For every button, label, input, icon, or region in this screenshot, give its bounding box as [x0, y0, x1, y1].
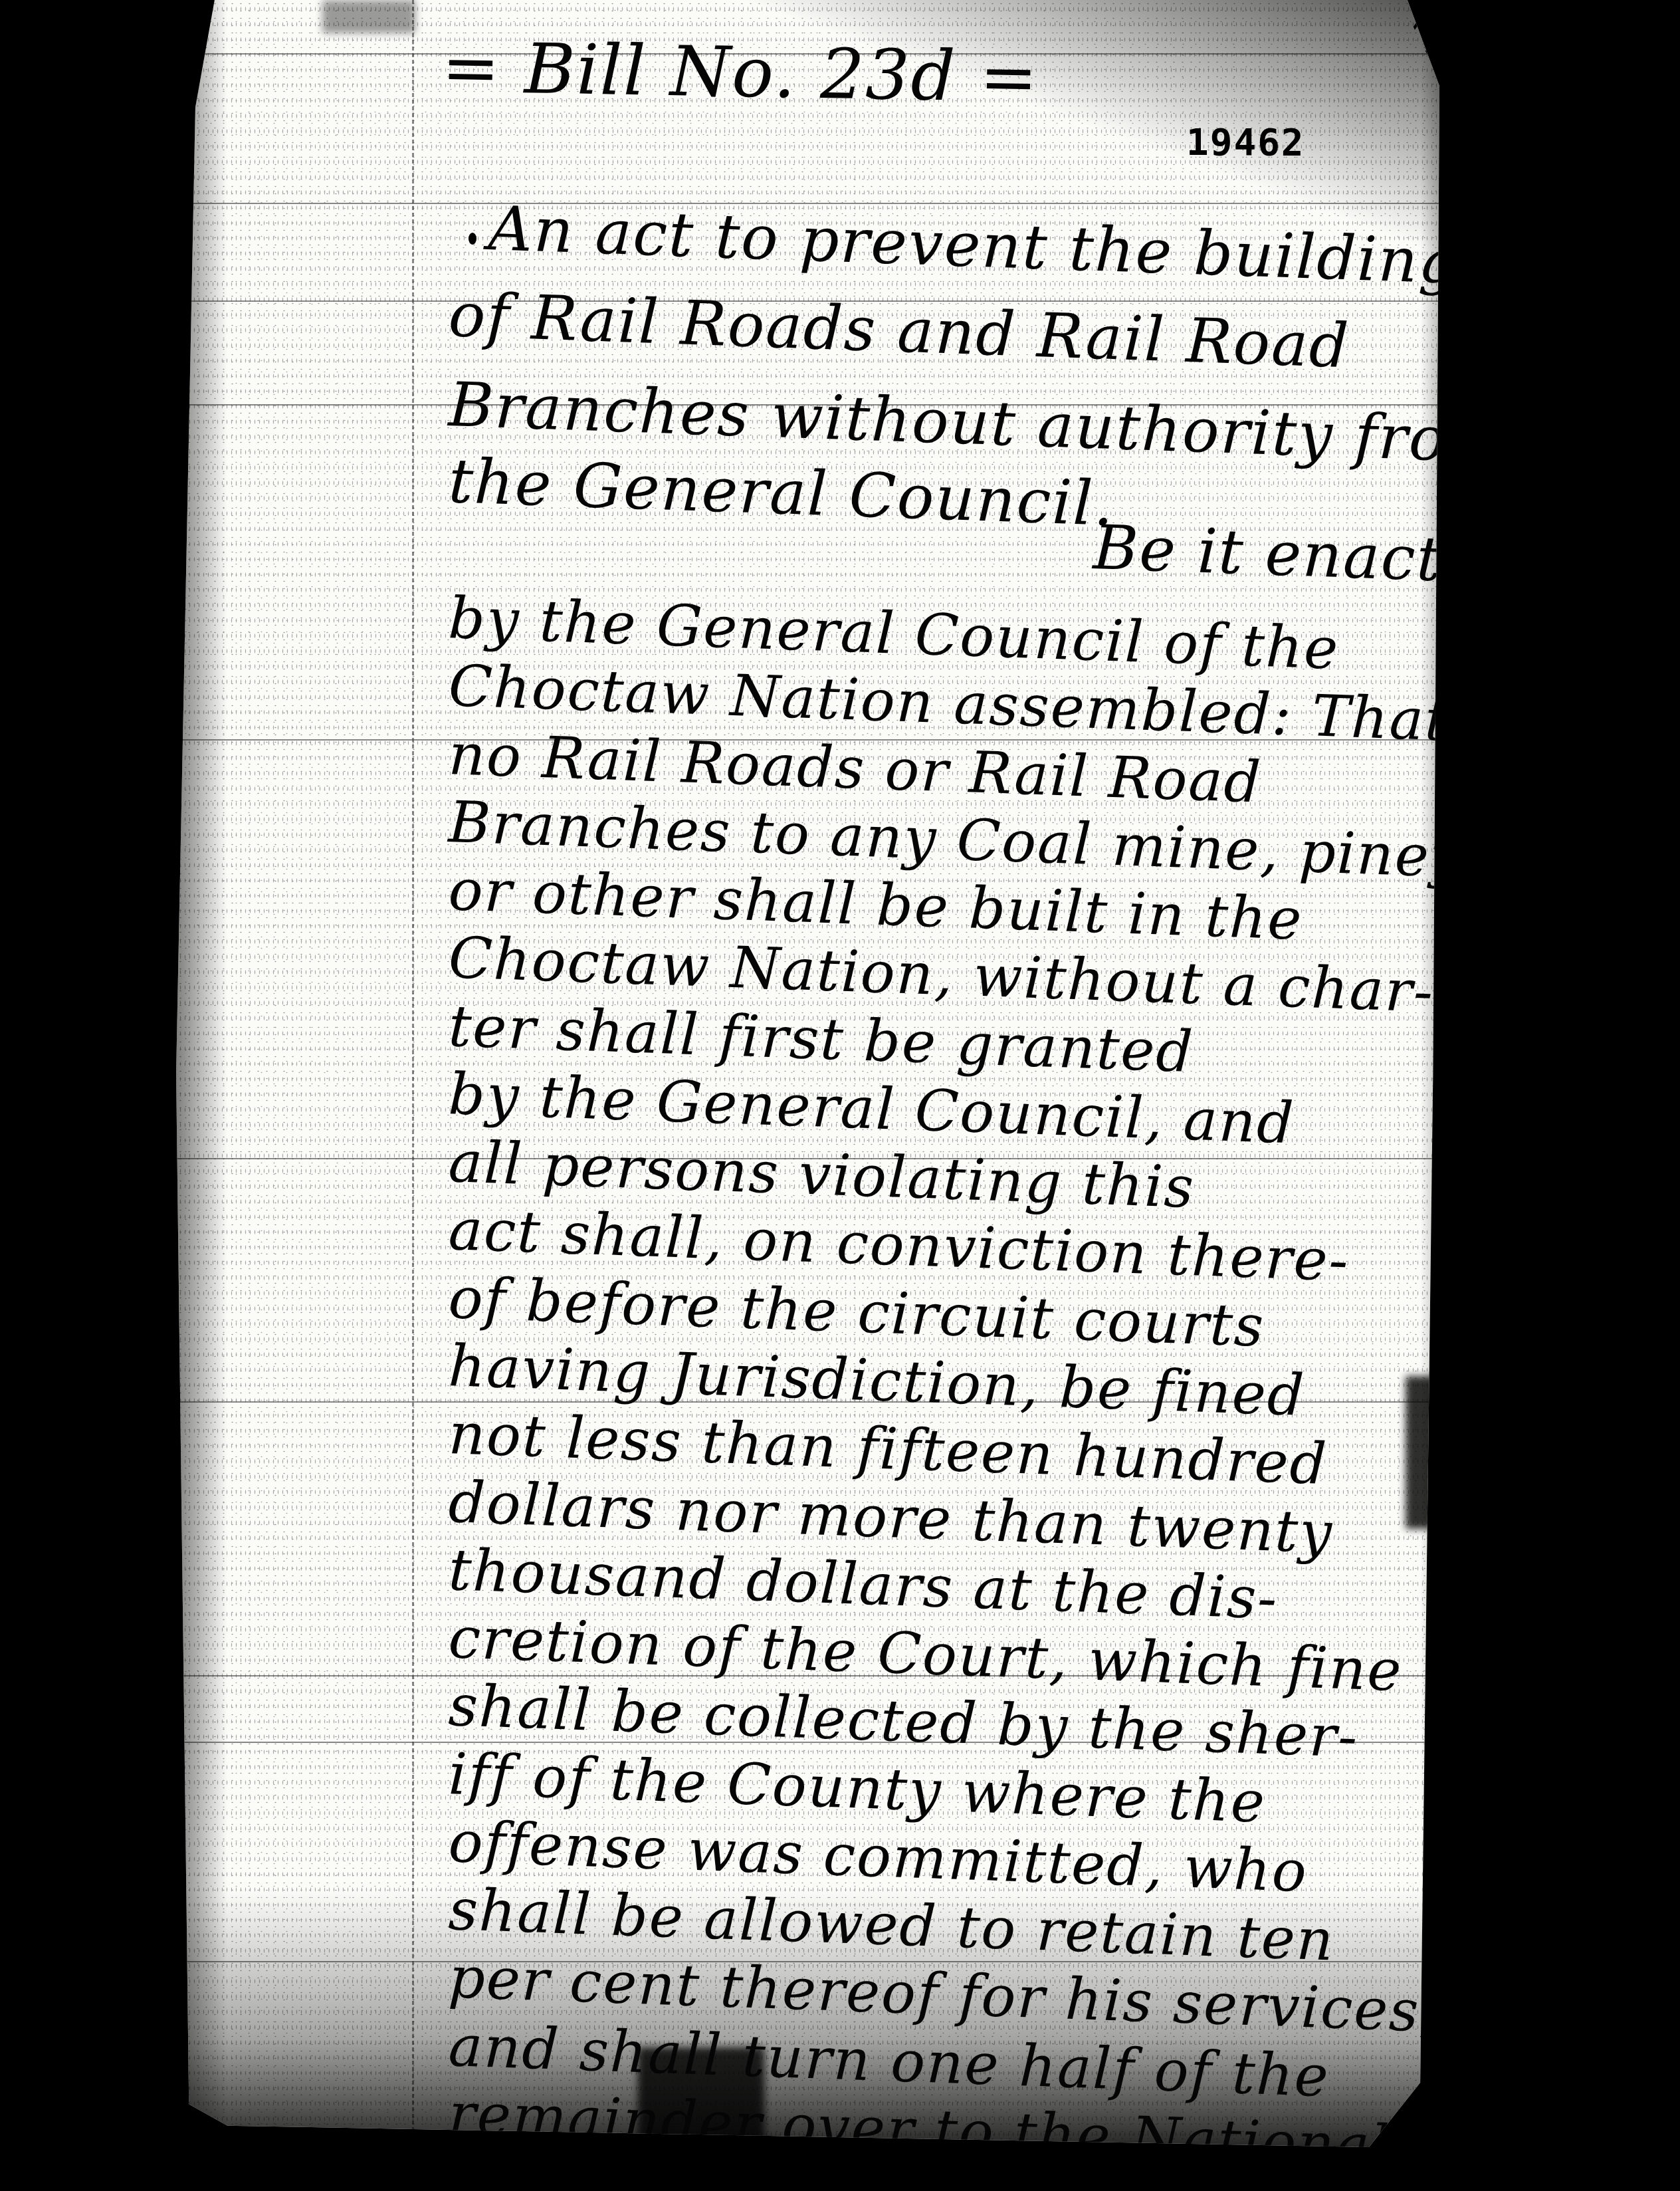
text-layer: 1 = Bill No. 23d = 19462 An act to preve…: [176, 0, 1459, 2147]
bill-title: = Bill No. 23d =: [441, 27, 1039, 118]
corner-mark: 1: [1402, 3, 1455, 66]
manuscript-page: 1 = Bill No. 23d = 19462 An act to preve…: [176, 0, 1459, 2147]
caption-line: of Rail Roads and Rail Road: [447, 279, 1351, 382]
archive-stamp-number: 19462: [1186, 121, 1305, 164]
caption-line: An act to prevent the building: [487, 193, 1461, 298]
bullet-mark: [469, 233, 476, 245]
enacting-clause: Be it enacted: [1092, 512, 1522, 598]
